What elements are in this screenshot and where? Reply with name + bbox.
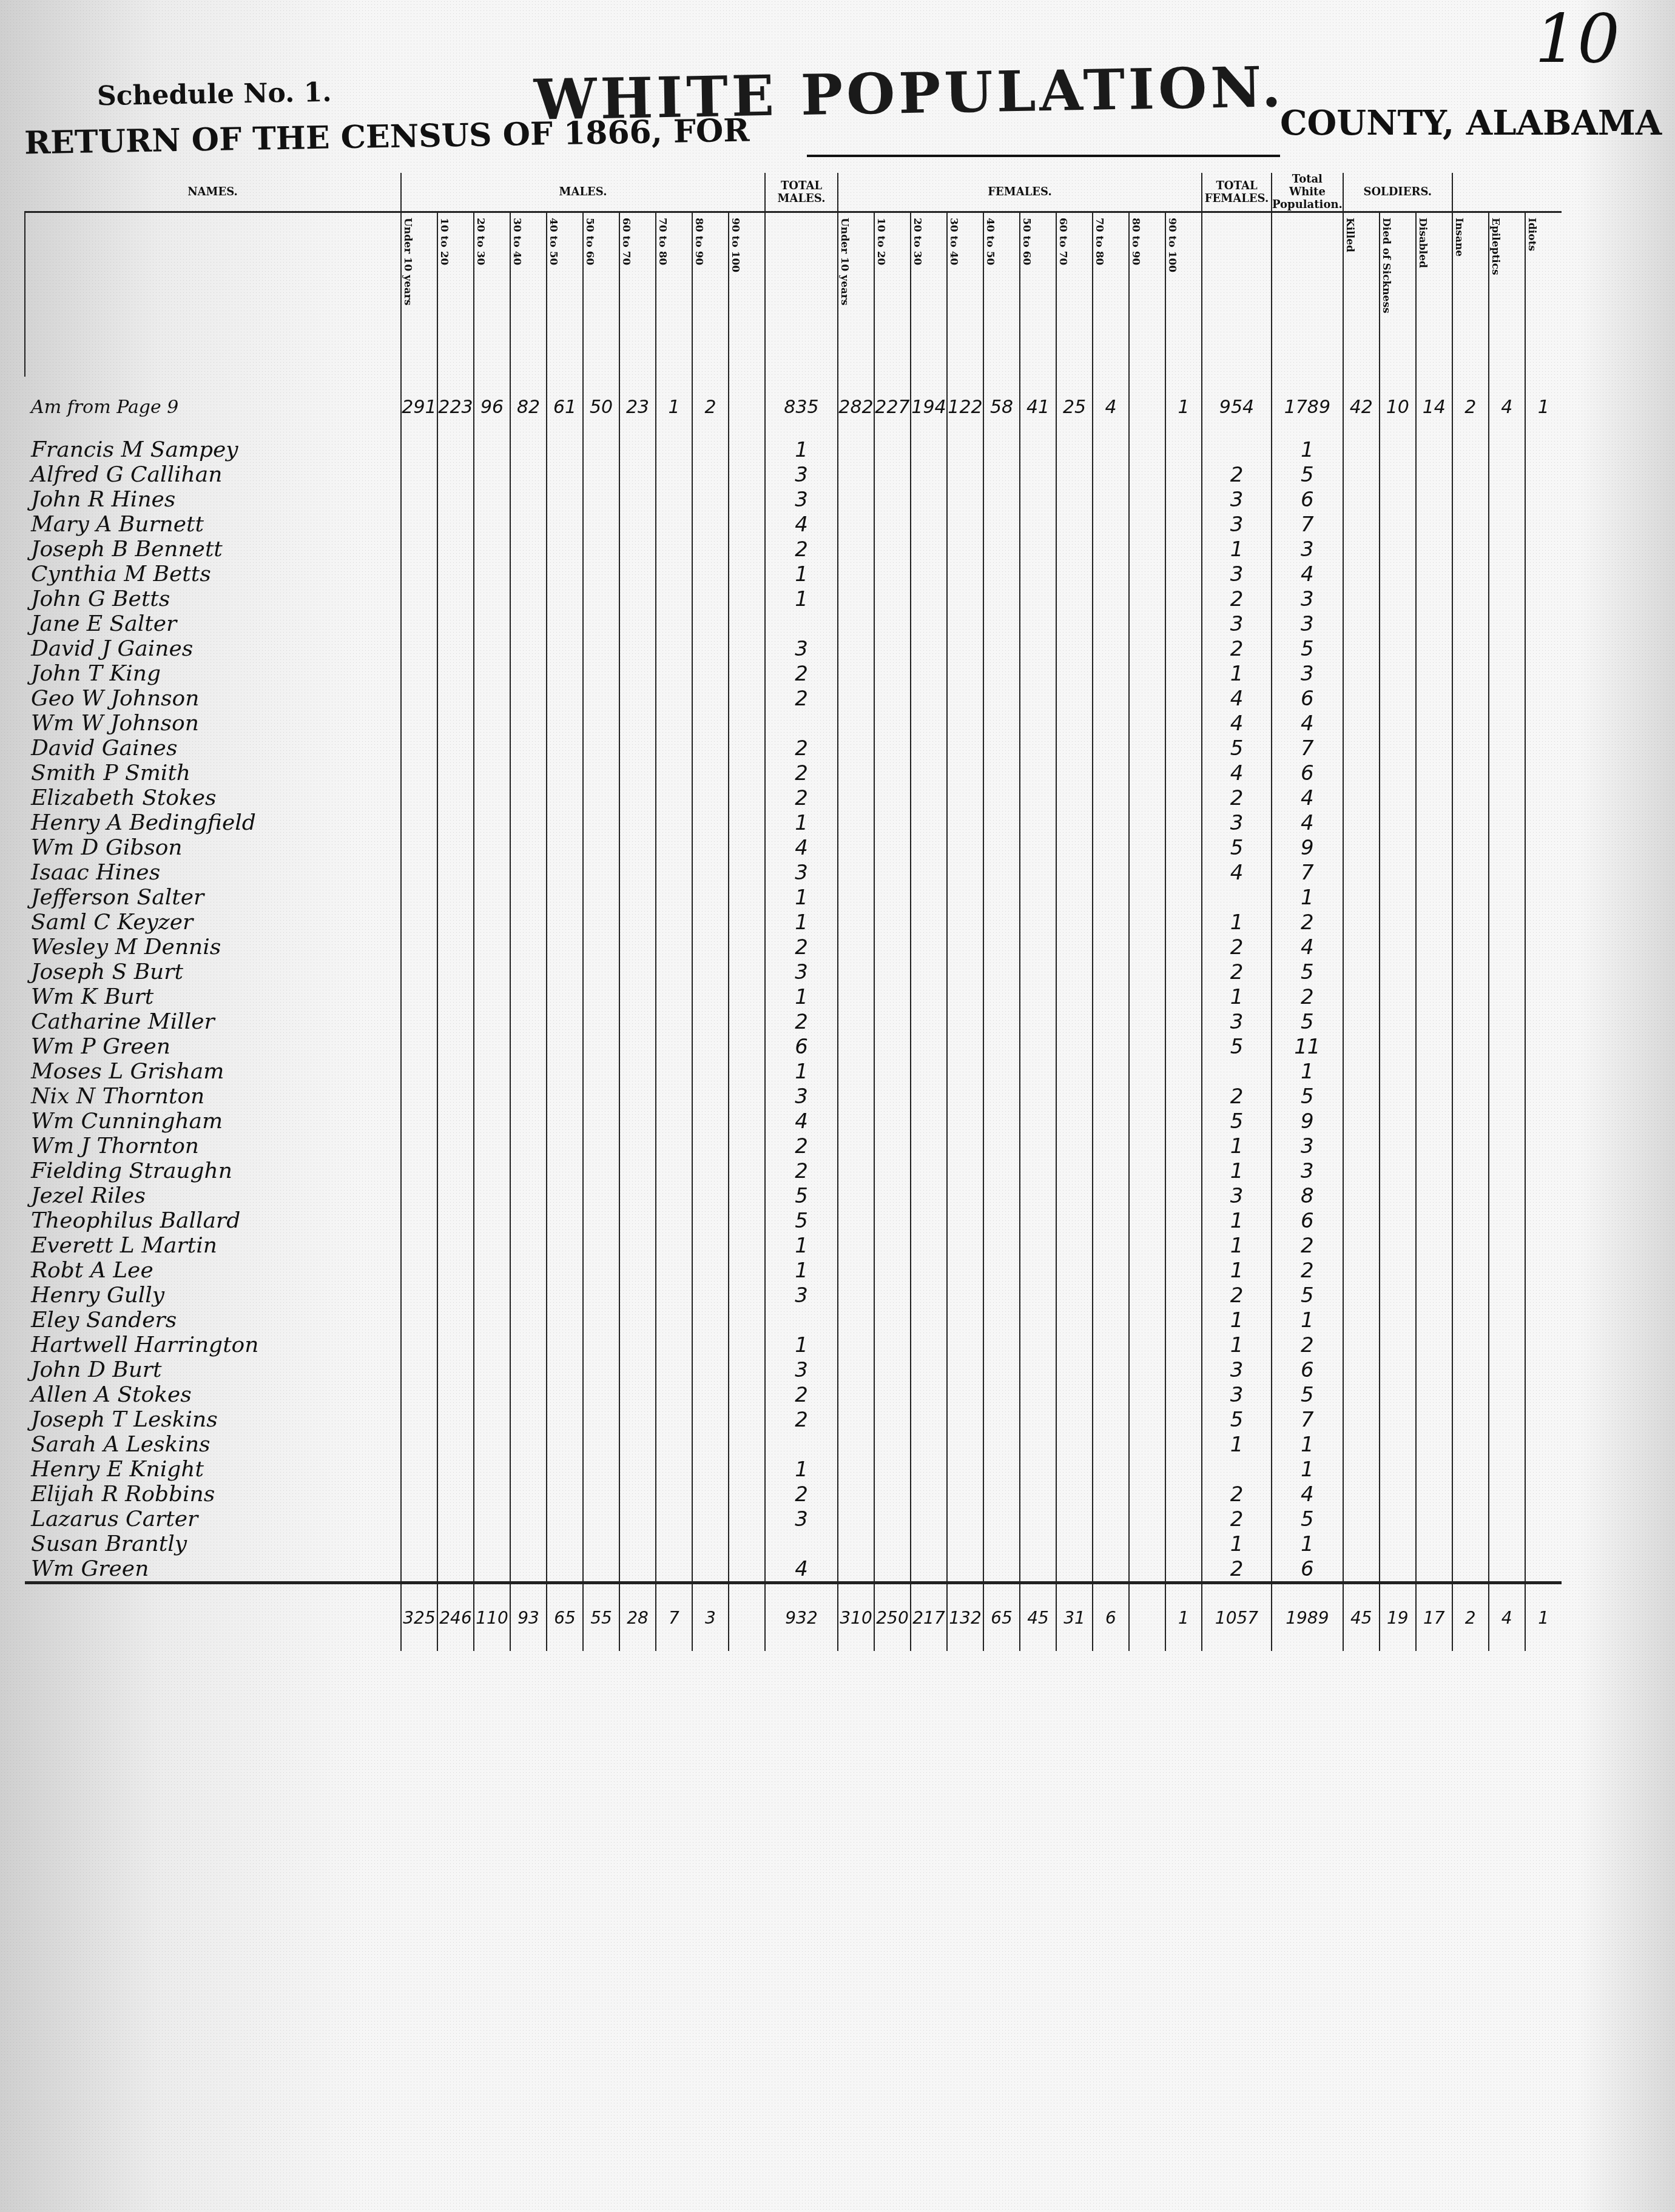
female-count	[1020, 761, 1056, 785]
total-females: 2	[1202, 462, 1272, 487]
soldiers-count	[1343, 984, 1380, 1009]
male-count	[474, 1233, 510, 1258]
female-count	[983, 1432, 1020, 1457]
female-count	[838, 1531, 874, 1556]
male-count	[510, 686, 547, 711]
soldiers-count	[1452, 736, 1489, 761]
soldiers-count	[1343, 1432, 1380, 1457]
total-white: 5	[1272, 1009, 1343, 1034]
male-age-col-0: Under 10 years	[401, 212, 437, 377]
male-count	[692, 1059, 729, 1084]
household-row: Hartwell Harrington112	[25, 1333, 1562, 1357]
male-count: 23	[619, 377, 656, 437]
male-count	[510, 736, 547, 761]
total-females: 5	[1202, 1034, 1272, 1059]
male-count	[401, 1333, 437, 1357]
male-count	[583, 1357, 619, 1382]
male-count	[692, 910, 729, 935]
total-females: 2	[1202, 636, 1272, 661]
male-count	[729, 636, 765, 661]
male-age-col-2: 20 to 30	[474, 212, 510, 377]
male-count	[583, 711, 619, 736]
total-white: 4	[1272, 562, 1343, 587]
soldiers-count	[1380, 686, 1416, 711]
female-count	[1165, 885, 1202, 910]
soldiers-count	[1452, 1009, 1489, 1034]
female-count	[983, 1482, 1020, 1507]
female-count	[1093, 935, 1129, 960]
male-count	[547, 636, 583, 661]
male-count	[401, 1208, 437, 1233]
male-count	[547, 1009, 583, 1034]
male-count	[619, 537, 656, 562]
male-count	[583, 1556, 619, 1583]
female-count	[983, 860, 1020, 885]
male-count	[547, 1283, 583, 1308]
household-row: Jefferson Salter11	[25, 885, 1562, 910]
male-count	[474, 835, 510, 860]
total-females: 3	[1202, 1357, 1272, 1382]
female-count	[983, 686, 1020, 711]
female-count	[983, 587, 1020, 611]
soldiers-count	[1525, 1308, 1562, 1333]
female-count	[874, 910, 911, 935]
soldiers-count	[1525, 1134, 1562, 1158]
female-count	[983, 1059, 1020, 1084]
total-males: 4	[765, 1556, 838, 1583]
total-white: 5	[1272, 462, 1343, 487]
total-females: 3	[1202, 1183, 1272, 1208]
female-count	[911, 1258, 947, 1283]
total-white-header: Total White Population.	[1272, 173, 1343, 212]
total-white: 4	[1272, 1482, 1343, 1507]
soldiers-count	[1416, 860, 1452, 885]
soldiers-count	[1416, 1233, 1452, 1258]
female-count	[1165, 1432, 1202, 1457]
soldiers-count	[1343, 711, 1380, 736]
male-count	[510, 587, 547, 611]
female-count	[911, 1059, 947, 1084]
male-count	[547, 1084, 583, 1109]
female-count	[1020, 1507, 1056, 1531]
other-col-0: Insane	[1452, 212, 1489, 377]
male-count: 28	[619, 1583, 656, 1652]
male-count	[583, 1084, 619, 1109]
female-count: 45	[1020, 1583, 1056, 1652]
total-females: 3	[1202, 810, 1272, 835]
female-count	[874, 1457, 911, 1482]
soldiers-count	[1489, 562, 1525, 587]
male-count	[401, 910, 437, 935]
male-count	[583, 860, 619, 885]
soldiers-count	[1343, 686, 1380, 711]
male-count	[583, 611, 619, 636]
female-count	[947, 1134, 983, 1158]
soldiers-count	[1416, 1556, 1452, 1583]
male-count	[583, 935, 619, 960]
male-count	[401, 1009, 437, 1034]
female-count	[874, 1482, 911, 1507]
male-count: 246	[437, 1583, 474, 1652]
soldiers-count	[1452, 1109, 1489, 1134]
male-count	[619, 1109, 656, 1134]
female-count	[1056, 1357, 1093, 1382]
female-count	[838, 512, 874, 537]
male-count	[692, 562, 729, 587]
soldiers-count	[1416, 636, 1452, 661]
male-count	[510, 462, 547, 487]
female-count	[1056, 1183, 1093, 1208]
total-white: 6	[1272, 1556, 1343, 1583]
female-count	[911, 910, 947, 935]
male-count	[510, 1233, 547, 1258]
total-males: 2	[765, 1009, 838, 1034]
male-count	[656, 1208, 692, 1233]
household-row: Smith P Smith246	[25, 761, 1562, 785]
male-count	[619, 736, 656, 761]
female-count	[1020, 1382, 1056, 1407]
female-count	[1020, 910, 1056, 935]
female-count	[1129, 960, 1165, 984]
male-count	[619, 1432, 656, 1457]
female-count	[1093, 1531, 1129, 1556]
soldiers-count	[1452, 462, 1489, 487]
male-count	[474, 1432, 510, 1457]
male-count	[729, 1507, 765, 1531]
soldiers-count	[1416, 810, 1452, 835]
soldiers-count	[1416, 935, 1452, 960]
soldiers-count	[1452, 636, 1489, 661]
male-count	[401, 1183, 437, 1208]
total-males: 3	[765, 960, 838, 984]
female-count	[1093, 761, 1129, 785]
household-row: Joseph T Leskins257	[25, 1407, 1562, 1432]
total-females: 1	[1202, 1308, 1272, 1333]
male-count	[619, 1084, 656, 1109]
household-row: Henry A Bedingfield134	[25, 810, 1562, 835]
male-count	[437, 537, 474, 562]
male-count	[692, 1457, 729, 1482]
male-count	[583, 1457, 619, 1482]
male-count: 61	[547, 377, 583, 437]
female-count	[1093, 562, 1129, 587]
male-count	[619, 1382, 656, 1407]
male-count	[474, 1258, 510, 1283]
female-count	[911, 984, 947, 1009]
household-name: Robt A Lee	[25, 1258, 401, 1283]
total-females: 2	[1202, 587, 1272, 611]
female-count	[1093, 785, 1129, 810]
male-count	[619, 1009, 656, 1034]
soldiers-count	[1380, 1333, 1416, 1357]
male-count	[474, 935, 510, 960]
female-count	[1165, 1407, 1202, 1432]
female-count	[1093, 910, 1129, 935]
total-white: 1	[1272, 1432, 1343, 1457]
soldiers-count	[1489, 1333, 1525, 1357]
male-count	[437, 1333, 474, 1357]
female-count	[1056, 1556, 1093, 1583]
household-name: Elizabeth Stokes	[25, 785, 401, 810]
female-count	[983, 1084, 1020, 1109]
female-count	[947, 860, 983, 885]
female-count	[1020, 711, 1056, 736]
female-count	[874, 1283, 911, 1308]
female-count	[947, 1109, 983, 1134]
female-count	[983, 711, 1020, 736]
female-count	[911, 1109, 947, 1134]
soldiers-count	[1343, 1531, 1380, 1556]
female-count	[1165, 1258, 1202, 1283]
soldiers-count	[1416, 761, 1452, 785]
total-white: 8	[1272, 1183, 1343, 1208]
female-count	[911, 935, 947, 960]
soldiers-count	[1525, 960, 1562, 984]
household-name: Jezel Riles	[25, 1183, 401, 1208]
soldiers-count	[1380, 611, 1416, 636]
female-count	[1093, 1556, 1129, 1583]
soldiers-count	[1343, 636, 1380, 661]
female-count	[947, 537, 983, 562]
household-row: John R Hines336	[25, 487, 1562, 512]
total-white: 5	[1272, 960, 1343, 984]
soldiers-count	[1525, 1084, 1562, 1109]
column-group-row: NAMES. MALES. TOTAL MALES. FEMALES. TOTA…	[25, 173, 1562, 212]
female-count	[838, 885, 874, 910]
female-count	[1093, 860, 1129, 885]
male-count	[474, 587, 510, 611]
male-count	[510, 860, 547, 885]
female-count	[838, 462, 874, 487]
soldiers-count	[1380, 512, 1416, 537]
total-males-header: TOTAL MALES.	[765, 173, 838, 212]
male-count	[656, 1034, 692, 1059]
male-count	[729, 910, 765, 935]
male-count	[619, 1507, 656, 1531]
male-age-col-9: 90 to 100	[729, 212, 765, 377]
female-count	[1129, 1457, 1165, 1482]
male-count	[437, 860, 474, 885]
female-count	[1056, 661, 1093, 686]
male-count	[729, 1308, 765, 1333]
female-count	[874, 1158, 911, 1183]
female-age-col-6: 60 to 70	[1056, 212, 1093, 377]
total-white: 1789	[1272, 377, 1343, 437]
female-count	[874, 1531, 911, 1556]
soldiers-count	[1489, 587, 1525, 611]
female-count	[1093, 661, 1129, 686]
household-name: Jefferson Salter	[25, 885, 401, 910]
male-count	[401, 935, 437, 960]
county-state-label: COUNTY, ALABAMA	[1280, 103, 1662, 143]
male-count	[619, 1258, 656, 1283]
male-count	[692, 1208, 729, 1233]
female-count	[874, 1432, 911, 1457]
soldiers-count	[1525, 1531, 1562, 1556]
totals-row-label	[25, 1583, 401, 1652]
soldiers-count	[1343, 587, 1380, 611]
soldiers-count	[1416, 1109, 1452, 1134]
soldiers-count	[1525, 686, 1562, 711]
male-count	[656, 1158, 692, 1183]
male-count	[510, 1482, 547, 1507]
male-count	[729, 1059, 765, 1084]
male-count: 93	[510, 1583, 547, 1652]
soldiers-count	[1380, 1507, 1416, 1531]
male-count	[547, 1357, 583, 1382]
total-white: 9	[1272, 1109, 1343, 1134]
soldiers-count	[1452, 761, 1489, 785]
male-count	[401, 860, 437, 885]
female-count	[947, 1407, 983, 1432]
total-males: 1	[765, 437, 838, 462]
male-count	[656, 1134, 692, 1158]
total-white: 1989	[1272, 1583, 1343, 1652]
female-count	[1093, 1482, 1129, 1507]
total-males-subheader	[765, 212, 838, 377]
male-count	[583, 960, 619, 984]
male-count	[510, 711, 547, 736]
female-count	[1165, 587, 1202, 611]
male-count	[437, 1382, 474, 1407]
soldiers-col-0: Killed	[1343, 212, 1380, 377]
male-count	[583, 1432, 619, 1457]
other-count: 2	[1452, 1583, 1489, 1652]
total-females: 5	[1202, 736, 1272, 761]
soldiers-count	[1380, 835, 1416, 860]
male-count	[401, 686, 437, 711]
soldiers-count: 10	[1380, 377, 1416, 437]
male-count	[729, 611, 765, 636]
soldiers-count	[1343, 935, 1380, 960]
male-count	[656, 711, 692, 736]
soldiers-count	[1380, 562, 1416, 587]
male-count	[510, 437, 547, 462]
soldiers-count	[1343, 1109, 1380, 1134]
male-count	[437, 1034, 474, 1059]
male-count	[692, 1109, 729, 1134]
household-row: Elizabeth Stokes224	[25, 785, 1562, 810]
female-count	[1165, 1357, 1202, 1382]
total-males: 2	[765, 537, 838, 562]
male-count	[583, 1158, 619, 1183]
female-count	[1020, 512, 1056, 537]
total-white: 4	[1272, 810, 1343, 835]
soldiers-count	[1525, 462, 1562, 487]
male-count	[437, 1308, 474, 1333]
household-row: Wesley M Dennis224	[25, 935, 1562, 960]
soldiers-count	[1525, 636, 1562, 661]
total-males: 2	[765, 1407, 838, 1432]
total-females	[1202, 1059, 1272, 1084]
male-count	[401, 1407, 437, 1432]
soldiers-count	[1343, 810, 1380, 835]
female-count	[947, 1034, 983, 1059]
soldiers-count	[1452, 1457, 1489, 1482]
male-count	[583, 1507, 619, 1531]
female-count	[1020, 1308, 1056, 1333]
total-males	[765, 611, 838, 636]
male-count	[729, 1531, 765, 1556]
total-white: 5	[1272, 1084, 1343, 1109]
female-count	[1129, 711, 1165, 736]
total-females: 4	[1202, 711, 1272, 736]
female-count	[1165, 761, 1202, 785]
female-count	[983, 761, 1020, 785]
male-count	[619, 587, 656, 611]
female-count	[874, 1134, 911, 1158]
soldiers-count	[1416, 562, 1452, 587]
carried-forward-row: Am from Page 929122396826150231283528222…	[25, 377, 1562, 437]
female-age-col-8: 80 to 90	[1129, 212, 1165, 377]
soldiers-count	[1525, 1482, 1562, 1507]
female-count	[1129, 1084, 1165, 1109]
household-row: Everett L Martin112	[25, 1233, 1562, 1258]
total-females: 2	[1202, 1482, 1272, 1507]
male-count	[656, 960, 692, 984]
male-count	[510, 537, 547, 562]
male-count	[619, 1407, 656, 1432]
male-count	[619, 810, 656, 835]
female-count	[838, 1258, 874, 1283]
female-count	[1165, 960, 1202, 984]
female-count	[983, 1382, 1020, 1407]
female-count	[911, 711, 947, 736]
household-row: Isaac Hines347	[25, 860, 1562, 885]
soldiers-count	[1380, 661, 1416, 686]
household-name: Smith P Smith	[25, 761, 401, 785]
household-name: John T King	[25, 661, 401, 686]
female-count	[983, 437, 1020, 462]
male-count	[729, 1034, 765, 1059]
male-count	[692, 1333, 729, 1357]
female-count	[1165, 1208, 1202, 1233]
male-count	[437, 736, 474, 761]
soldiers-count	[1343, 785, 1380, 810]
soldiers-header: SOLDIERS.	[1343, 173, 1452, 212]
soldiers-count	[1380, 1556, 1416, 1583]
male-count	[547, 1183, 583, 1208]
female-count	[947, 587, 983, 611]
male-count	[619, 1183, 656, 1208]
household-row: Nix N Thornton325	[25, 1084, 1562, 1109]
female-count	[1129, 1333, 1165, 1357]
total-white-subheader	[1272, 212, 1343, 377]
female-count	[1129, 1407, 1165, 1432]
soldiers-count	[1452, 935, 1489, 960]
male-count	[583, 736, 619, 761]
female-count	[838, 1233, 874, 1258]
household-row: John D Burt336	[25, 1357, 1562, 1382]
household-name: Joseph B Bennett	[25, 537, 401, 562]
female-count	[1056, 1382, 1093, 1407]
soldiers-count	[1452, 1059, 1489, 1084]
male-count	[656, 587, 692, 611]
soldiers-count	[1380, 1034, 1416, 1059]
male-count	[474, 512, 510, 537]
male-count	[510, 1034, 547, 1059]
household-name: Hartwell Harrington	[25, 1333, 401, 1357]
soldiers-count	[1489, 1556, 1525, 1583]
female-count	[1056, 935, 1093, 960]
soldiers-count	[1343, 860, 1380, 885]
female-count	[983, 885, 1020, 910]
male-count	[510, 1258, 547, 1283]
female-count	[911, 1432, 947, 1457]
female-count	[874, 636, 911, 661]
soldiers-count	[1416, 661, 1452, 686]
total-females: 3	[1202, 512, 1272, 537]
